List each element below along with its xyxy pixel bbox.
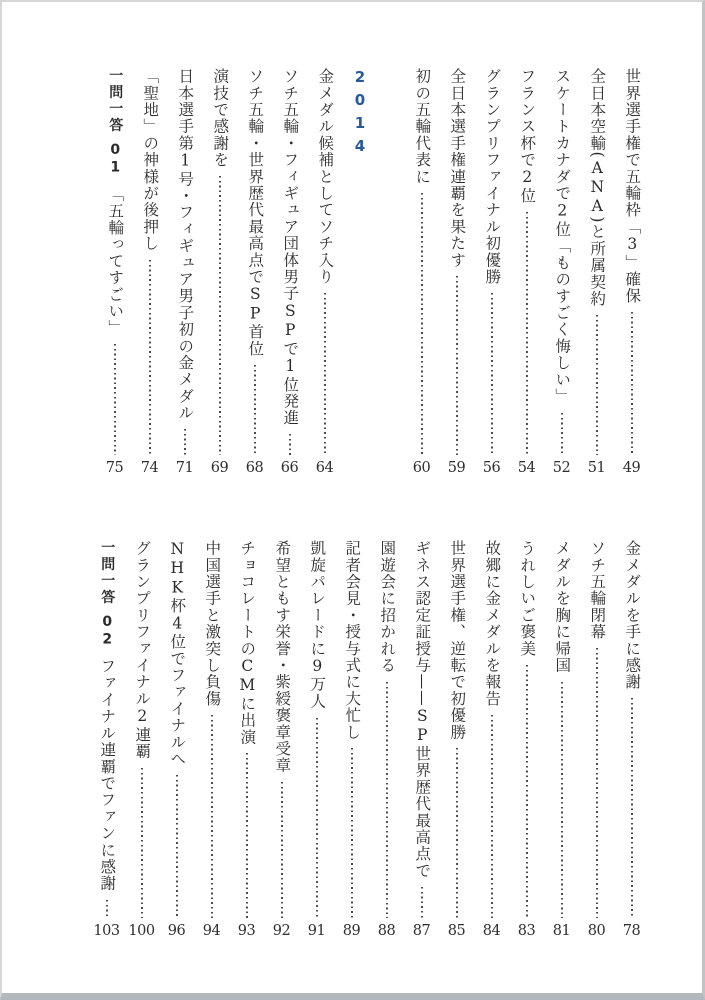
toc-entry: 日本選手第1号・フィギュア男子初の金メダル71 bbox=[175, 68, 194, 475]
page-number: 84 bbox=[483, 924, 500, 939]
page-number: 89 bbox=[343, 924, 360, 939]
toc-entry: 金メダル候補としてソチ入り64 bbox=[315, 68, 334, 475]
entry-title: 全日本空輸(ANA)と所属契約 bbox=[589, 68, 605, 307]
entry-title: 一問一答02ファイナル連覇でファンに感謝 bbox=[99, 540, 115, 892]
entry-title: 金メダルを手に感謝 bbox=[624, 540, 640, 690]
page-number: 69 bbox=[211, 461, 228, 476]
entry-title: グランプリファイナル初優勝 bbox=[484, 68, 500, 285]
dotted-leader bbox=[114, 344, 116, 454]
dotted-leader bbox=[456, 276, 458, 454]
entry-title: 全日本選手権連覇を果たす bbox=[449, 68, 465, 268]
qa-number: 01 bbox=[107, 142, 123, 177]
page-number: 60 bbox=[413, 461, 430, 476]
dotted-leader bbox=[211, 715, 213, 918]
year-header: 2014 bbox=[350, 68, 369, 475]
entry-title: 世界選手権で五輪枠「3」確保 bbox=[624, 68, 640, 304]
toc-entry: 初の五輪代表に60 bbox=[412, 68, 431, 475]
entry-title: ソチ五輪・世界歴代最高点でSP首位 bbox=[247, 68, 263, 357]
page-number: 49 bbox=[623, 461, 640, 476]
page-number: 87 bbox=[413, 924, 430, 939]
toc-entry: 中国選手と激突し負傷94 bbox=[202, 540, 221, 938]
toc-section-bottom: 金メダルを手に感謝78ソチ五輪閉幕80メダルを胸に帰国81うれしいご褒美83故郷… bbox=[81, 540, 641, 938]
dotted-leader bbox=[324, 293, 326, 454]
entry-title: チョコレートのCMに出演 bbox=[239, 540, 255, 745]
dotted-leader bbox=[351, 748, 353, 917]
entry-title: 初の五輪代表に bbox=[414, 68, 430, 185]
page-number: 81 bbox=[553, 924, 570, 939]
page-number: 93 bbox=[238, 924, 255, 939]
dotted-leader bbox=[386, 682, 388, 918]
qa-label: 一問一答 bbox=[107, 68, 123, 134]
entry-title: 一問一答01「五輪ってすごい」 bbox=[107, 68, 123, 336]
dotted-leader bbox=[421, 887, 423, 917]
entry-title: 凱旋パレードに9万人 bbox=[309, 540, 325, 710]
page-number: 92 bbox=[273, 924, 290, 939]
toc-entry: 全日本空輸(ANA)と所属契約51 bbox=[587, 68, 606, 475]
toc-entry: ギネス認定証授与——SP世界歴代最高点で87 bbox=[412, 540, 431, 938]
entry-title: 中国選手と激突し負傷 bbox=[204, 540, 220, 707]
dotted-leader bbox=[631, 312, 633, 454]
dotted-leader bbox=[561, 413, 563, 455]
entry-title: 故郷に金メダルを報告 bbox=[484, 540, 500, 707]
dotted-leader bbox=[596, 648, 598, 917]
toc-entry: スケートカナダで2位「ものすごく悔しい」52 bbox=[552, 68, 571, 475]
dotted-leader bbox=[149, 260, 151, 455]
year-label: 2014 bbox=[352, 68, 367, 160]
entry-title: 世界選手権、逆転で初優勝 bbox=[449, 540, 465, 740]
toc-entry: 記者会見・授与式に大忙し89 bbox=[342, 540, 361, 938]
page-number: 64 bbox=[316, 461, 333, 476]
toc-entry: ソチ五輪閉幕80 bbox=[587, 540, 606, 938]
page-number: 59 bbox=[448, 461, 465, 476]
toc-entry: 「聖地」の神様が後押し74 bbox=[140, 68, 159, 475]
toc-entry: グランプリファイナル初優勝56 bbox=[482, 68, 501, 475]
entry-title: ソチ五輪・フィギュア団体男子SPで1位発進 bbox=[282, 68, 298, 426]
page-number: 75 bbox=[106, 461, 123, 476]
dotted-leader bbox=[246, 753, 248, 917]
page-number: 56 bbox=[483, 461, 500, 476]
toc-entry: グランプリファイナル2連覇100 bbox=[132, 540, 151, 938]
dotted-leader bbox=[106, 900, 108, 918]
qa-entry: 一問一答01「五輪ってすごい」75 bbox=[105, 68, 124, 475]
entry-title: 記者会見・授与式に大忙し bbox=[344, 540, 360, 740]
toc-entry: 凱旋パレードに9万人91 bbox=[307, 540, 326, 938]
dotted-leader bbox=[141, 768, 143, 918]
qa-entry: 一問一答02ファイナル連覇でファンに感謝103 bbox=[97, 540, 116, 938]
toc-entry: チョコレートのCMに出演93 bbox=[237, 540, 256, 938]
entry-title: ギネス認定証授与——SP世界歴代最高点で bbox=[414, 540, 430, 879]
toc-entry: うれしいご褒美83 bbox=[517, 540, 536, 938]
dotted-leader bbox=[289, 434, 291, 454]
toc-entry: 全日本選手権連覇を果たす59 bbox=[447, 68, 466, 475]
dotted-leader bbox=[456, 748, 458, 917]
page-number: 80 bbox=[588, 924, 605, 939]
entry-title: 日本選手第1号・フィギュア男子初の金メダル bbox=[177, 68, 193, 421]
entry-title: ソチ五輪閉幕 bbox=[589, 540, 605, 640]
dotted-leader bbox=[631, 698, 633, 917]
dotted-leader bbox=[316, 718, 318, 918]
page-number: 88 bbox=[378, 924, 395, 939]
page-number: 83 bbox=[518, 924, 535, 939]
page-number: 54 bbox=[518, 461, 535, 476]
entry-title: 金メダル候補としてソチ入り bbox=[317, 68, 333, 285]
dotted-leader bbox=[526, 212, 528, 454]
page-number: 66 bbox=[281, 461, 298, 476]
toc-entry: 世界選手権、逆転で初優勝85 bbox=[447, 540, 466, 938]
page-number: 100 bbox=[128, 924, 154, 939]
entry-title: うれしいご褒美 bbox=[519, 540, 535, 657]
entry-title: グランプリファイナル2連覇 bbox=[134, 540, 150, 760]
toc-entry: ソチ五輪・世界歴代最高点でSP首位68 bbox=[245, 68, 264, 475]
dotted-leader bbox=[561, 682, 563, 918]
page-number: 51 bbox=[588, 461, 605, 476]
toc-entry: 金メダルを手に感謝78 bbox=[622, 540, 641, 938]
qa-label: 一問一答 bbox=[99, 540, 115, 606]
toc-entry: 希望ともす栄誉・紫綬褒章受章92 bbox=[272, 540, 291, 938]
toc-entry: ソチ五輪・フィギュア団体男子SPで1位発進66 bbox=[280, 68, 299, 475]
entry-title: メダルを胸に帰国 bbox=[554, 540, 570, 674]
entry-title: 希望ともす栄誉・紫綬褒章受章 bbox=[274, 540, 290, 774]
dotted-leader bbox=[491, 293, 493, 454]
entry-title: フランス杯で2位 bbox=[519, 68, 535, 204]
page-number: 71 bbox=[176, 461, 193, 476]
entry-title: NHK杯4位でファイナルへ bbox=[169, 540, 185, 767]
dotted-leader bbox=[526, 665, 528, 918]
dotted-leader bbox=[176, 775, 178, 917]
dotted-leader bbox=[421, 193, 423, 455]
page-number: 52 bbox=[553, 461, 570, 476]
toc-entry: 故郷に金メダルを報告84 bbox=[482, 540, 501, 938]
dotted-leader bbox=[596, 315, 598, 454]
entry-title: 園遊会に招かれる bbox=[379, 540, 395, 674]
toc-entry: 演技で感謝を69 bbox=[210, 68, 229, 475]
toc-entry: 世界選手権で五輪枠「3」確保49 bbox=[622, 68, 641, 475]
toc-entry: フランス杯で2位54 bbox=[517, 68, 536, 475]
toc-section-top: 世界選手権で五輪枠「3」確保49全日本空輸(ANA)と所属契約51スケートカナダ… bbox=[89, 68, 641, 475]
dotted-leader bbox=[281, 782, 283, 918]
toc-entry: メダルを胸に帰国81 bbox=[552, 540, 571, 938]
dotted-leader bbox=[184, 429, 186, 454]
page-number: 78 bbox=[623, 924, 640, 939]
page-number: 103 bbox=[93, 924, 119, 939]
page-number: 91 bbox=[308, 924, 325, 939]
dotted-leader bbox=[219, 176, 221, 454]
book-page: 世界選手権で五輪枠「3」確保49全日本空輸(ANA)と所属契約51スケートカナダ… bbox=[0, 0, 705, 1000]
page-number: 74 bbox=[141, 461, 158, 476]
entry-title: 演技で感謝を bbox=[212, 68, 228, 168]
dotted-leader bbox=[254, 365, 256, 455]
dotted-leader bbox=[491, 715, 493, 918]
page-number: 94 bbox=[203, 924, 220, 939]
page-number: 68 bbox=[246, 461, 263, 476]
toc-entry: NHK杯4位でファイナルへ96 bbox=[167, 540, 186, 938]
entry-title: スケートカナダで2位「ものすごく悔しい」 bbox=[554, 68, 570, 405]
toc-entry: 園遊会に招かれる88 bbox=[377, 540, 396, 938]
qa-number: 02 bbox=[99, 614, 115, 649]
entry-title: 「聖地」の神様が後押し bbox=[142, 68, 158, 252]
page-number: 96 bbox=[168, 924, 185, 939]
page-number: 85 bbox=[448, 924, 465, 939]
